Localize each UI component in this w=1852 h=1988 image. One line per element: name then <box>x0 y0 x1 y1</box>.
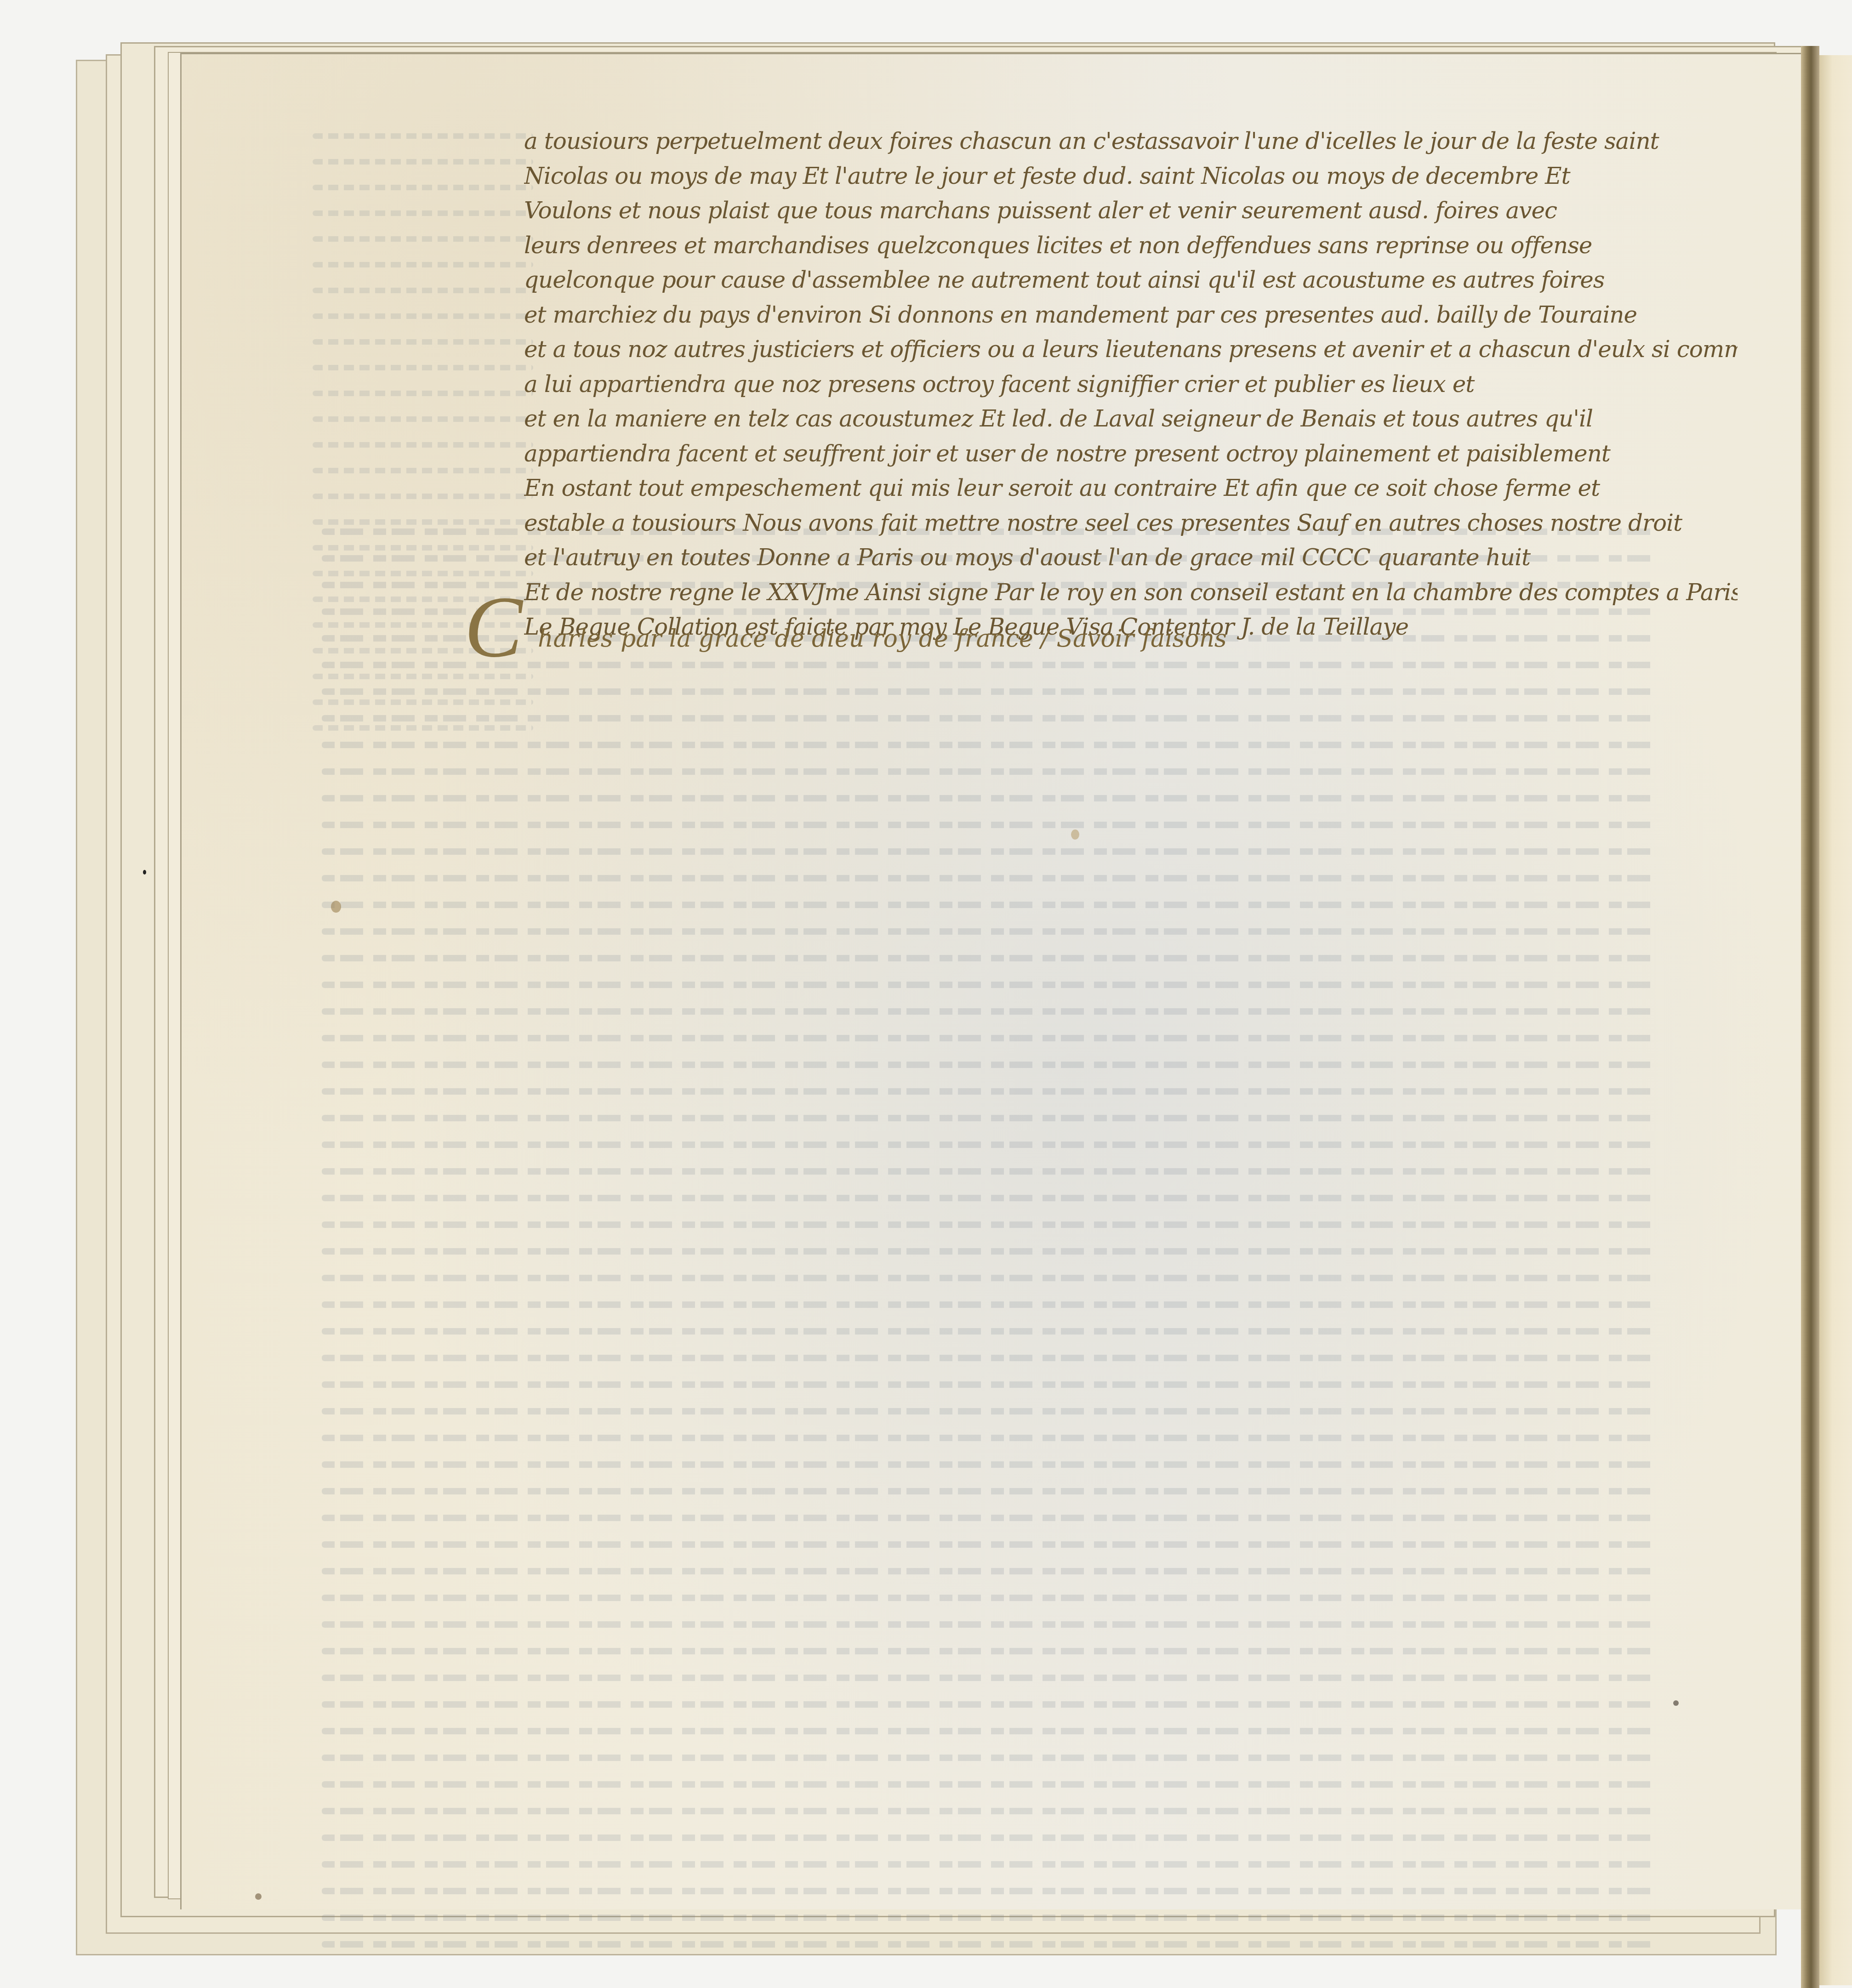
text-line: Voulons et nous plaist que tous marchans… <box>524 193 1738 228</box>
stain-spot <box>1673 1700 1679 1706</box>
heading-text: harles par la grace de dieu roy de franc… <box>538 625 1227 653</box>
margin-show-through <box>313 133 533 777</box>
text-line: estable a tousiours Nous avons fait mett… <box>524 506 1738 541</box>
text-line: a tousiours perpetuelment deux foires ch… <box>524 124 1738 159</box>
text-line: leurs denrees et marchandises quelzconqu… <box>524 228 1738 263</box>
text-line: et a tous noz autres justiciers et offic… <box>524 332 1738 367</box>
stain-spot <box>331 901 341 913</box>
ink-dot <box>143 870 146 875</box>
decorated-initial: C <box>464 584 523 671</box>
facing-page-edge <box>1819 55 1852 1985</box>
text-line: appartiendra facent et seuffrent joir et… <box>524 437 1738 471</box>
text-line: et l'autruy en toutes Donne a Paris ou m… <box>524 540 1738 575</box>
text-line: En ostant tout empeschement qui mis leur… <box>524 471 1738 506</box>
text-line: quelconque pour cause d'assemblee ne aut… <box>524 263 1738 298</box>
text-line: a lui appartiendra que noz presens octro… <box>524 367 1738 402</box>
handwritten-text-block: a tousiours perpetuelment deux foires ch… <box>524 124 1738 645</box>
text-line: et marchiez du pays d'environ Si donnons… <box>524 298 1738 333</box>
stain-spot <box>255 1893 262 1900</box>
text-line: et en la maniere en telz cas acoustumez … <box>524 402 1738 437</box>
stain-spot <box>1071 829 1079 840</box>
binding-gutter <box>1801 46 1819 1988</box>
charter-heading: C harles par la grace de dieu roy de fra… <box>464 574 1154 666</box>
text-line: Nicolas ou moys de may Et l'autre le jou… <box>524 159 1738 194</box>
